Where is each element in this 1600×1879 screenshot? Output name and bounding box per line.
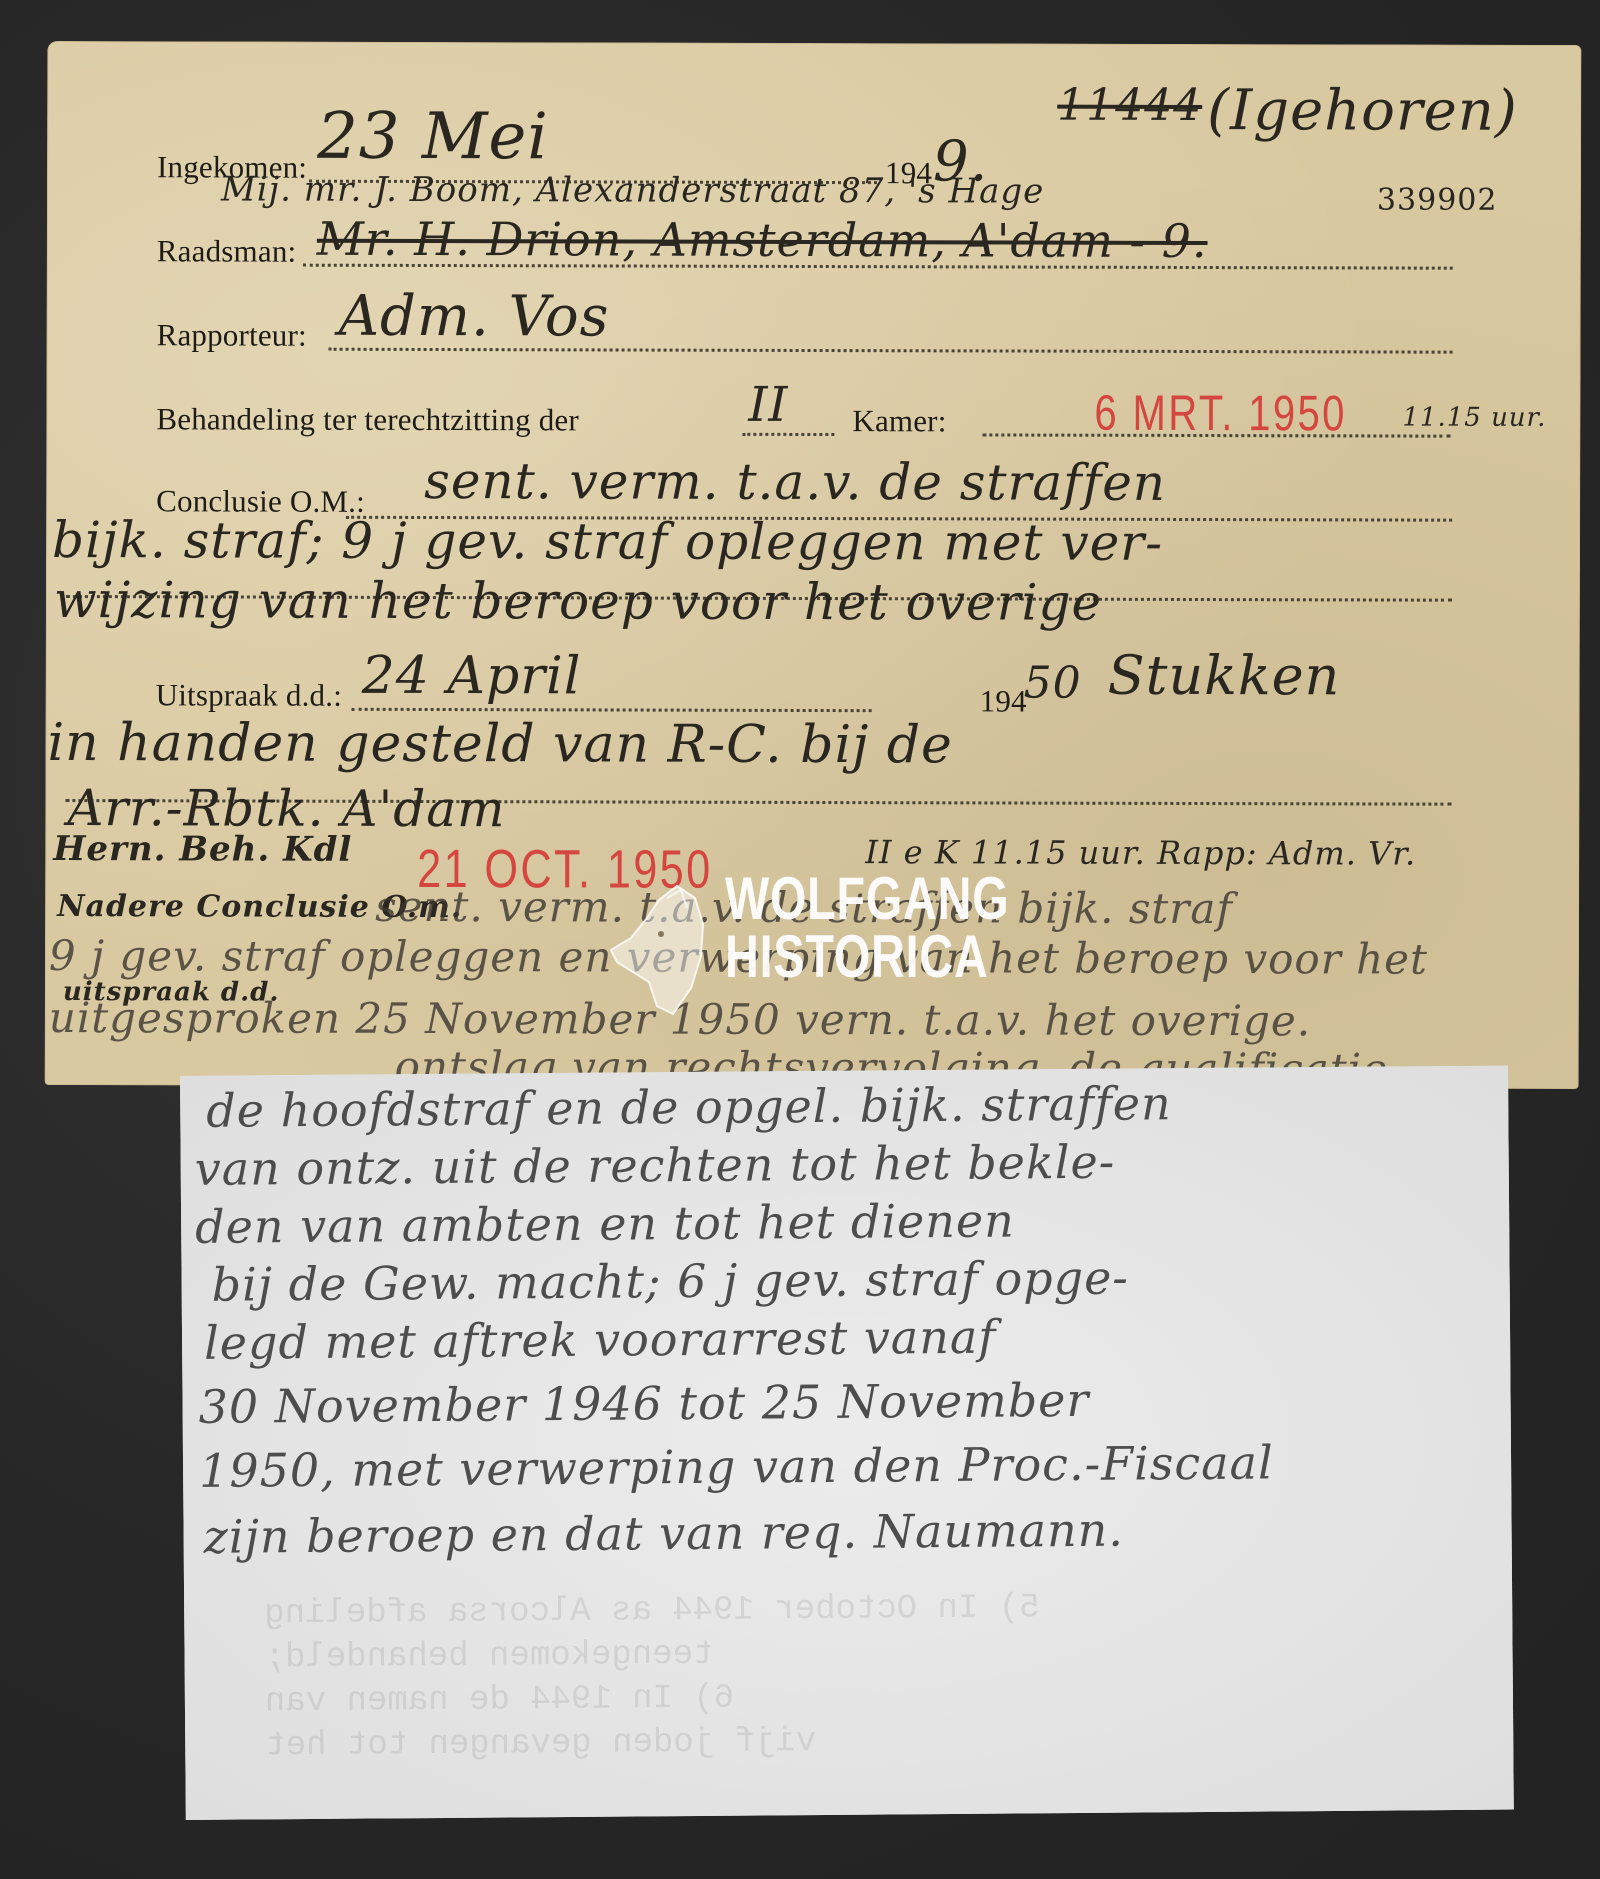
label-uitspraak: Uitspraak d.d.: [156,677,342,713]
uitspraak-tail: Stukken [1108,644,1341,708]
label-behandeling: Behandeling ter terechtzitting der [156,401,579,438]
ghost-print-line: vijf joden gevangen tot het [265,1723,877,1766]
slip-line: zijn beroep en dat van req. Naumann. [203,1503,1124,1564]
conclusie-line-2: bijk. straf; 9 j gev. straf opleggen met… [52,511,1163,572]
date-stamp-received: 6 MRT. 1950 [1094,384,1347,443]
uitspraak-value: 24 April [362,646,582,707]
conclusie-line-3: wijzing van het beroep voor het overige [54,571,1102,632]
slip-line: legd met aftrek voorarrest vanaf [204,1310,997,1370]
watermark-line-2: HISTORICA [725,928,1009,986]
watermark-text: WOLFGANG HISTORICA [725,870,1009,986]
slip-line: van ontz. uit de rechten tot het bekle- [195,1135,1116,1196]
label-rapporteur: Rapporteur: [157,317,307,353]
raadsman-value: Mr. H. Drion, Amsterdam, A'dam - 9. [317,212,1208,268]
slip-line: den van ambten en tot het dienen [195,1193,1015,1253]
top-right-note: (Igehoren) [1207,78,1518,144]
session-time: 11.15 uur. [1402,403,1546,433]
address-line: Mij. mr. J. Boom, Alexanderstraat 87, 's… [221,169,1044,211]
slip-line: 1950, met verwerping van den Proc.-Fisca… [199,1435,1274,1497]
slip-line: de hoofdstraf en de opgel. bijk. straffe… [206,1076,1172,1138]
ghost-print-line: teengekomen behandeld; [264,1635,774,1677]
uitspraak-year-prefix: 194 [980,683,1027,719]
label-raadsman: Raadsman: [157,233,297,269]
wolf-head-icon [607,878,717,1018]
uitspraak-year-suffix: 50 [1024,658,1082,709]
watermark: WOLFGANG HISTORICA [607,870,1027,1030]
continuation-slip: 5) In October 1944 as Alcorsa afdeling t… [180,1066,1514,1820]
ghost-print-line: 5) In October 1944 as Alcorsa afdeling [264,1589,1040,1633]
case-number: 339902 [1377,182,1498,217]
rapporteur-value: Adm. Vos [339,284,610,350]
ingekomen-value: 23 Mei [317,100,549,175]
hern-beh-note: Hern. Beh. Kdl [53,829,352,870]
watermark-line-1: WOLFGANG [725,870,1009,928]
dotted-line [352,708,872,712]
label-kamer: Kamer: [852,403,946,439]
uitspraak-line-2: in handen gesteld van R-C. bij de [47,713,952,775]
slip-line: bij de Gew. macht; 6 j gev. straf opge- [211,1251,1129,1312]
dotted-line [742,433,834,436]
slip-line: 30 November 1946 tot 25 November [198,1373,1089,1434]
struck-number: 11444 [1057,80,1202,131]
conclusie-value: sent. verm. t.a.v. de straffen [424,452,1166,512]
kamer-number: II [748,377,788,433]
ghost-print-line: 6) In 1944 de namen van [265,1680,735,1722]
